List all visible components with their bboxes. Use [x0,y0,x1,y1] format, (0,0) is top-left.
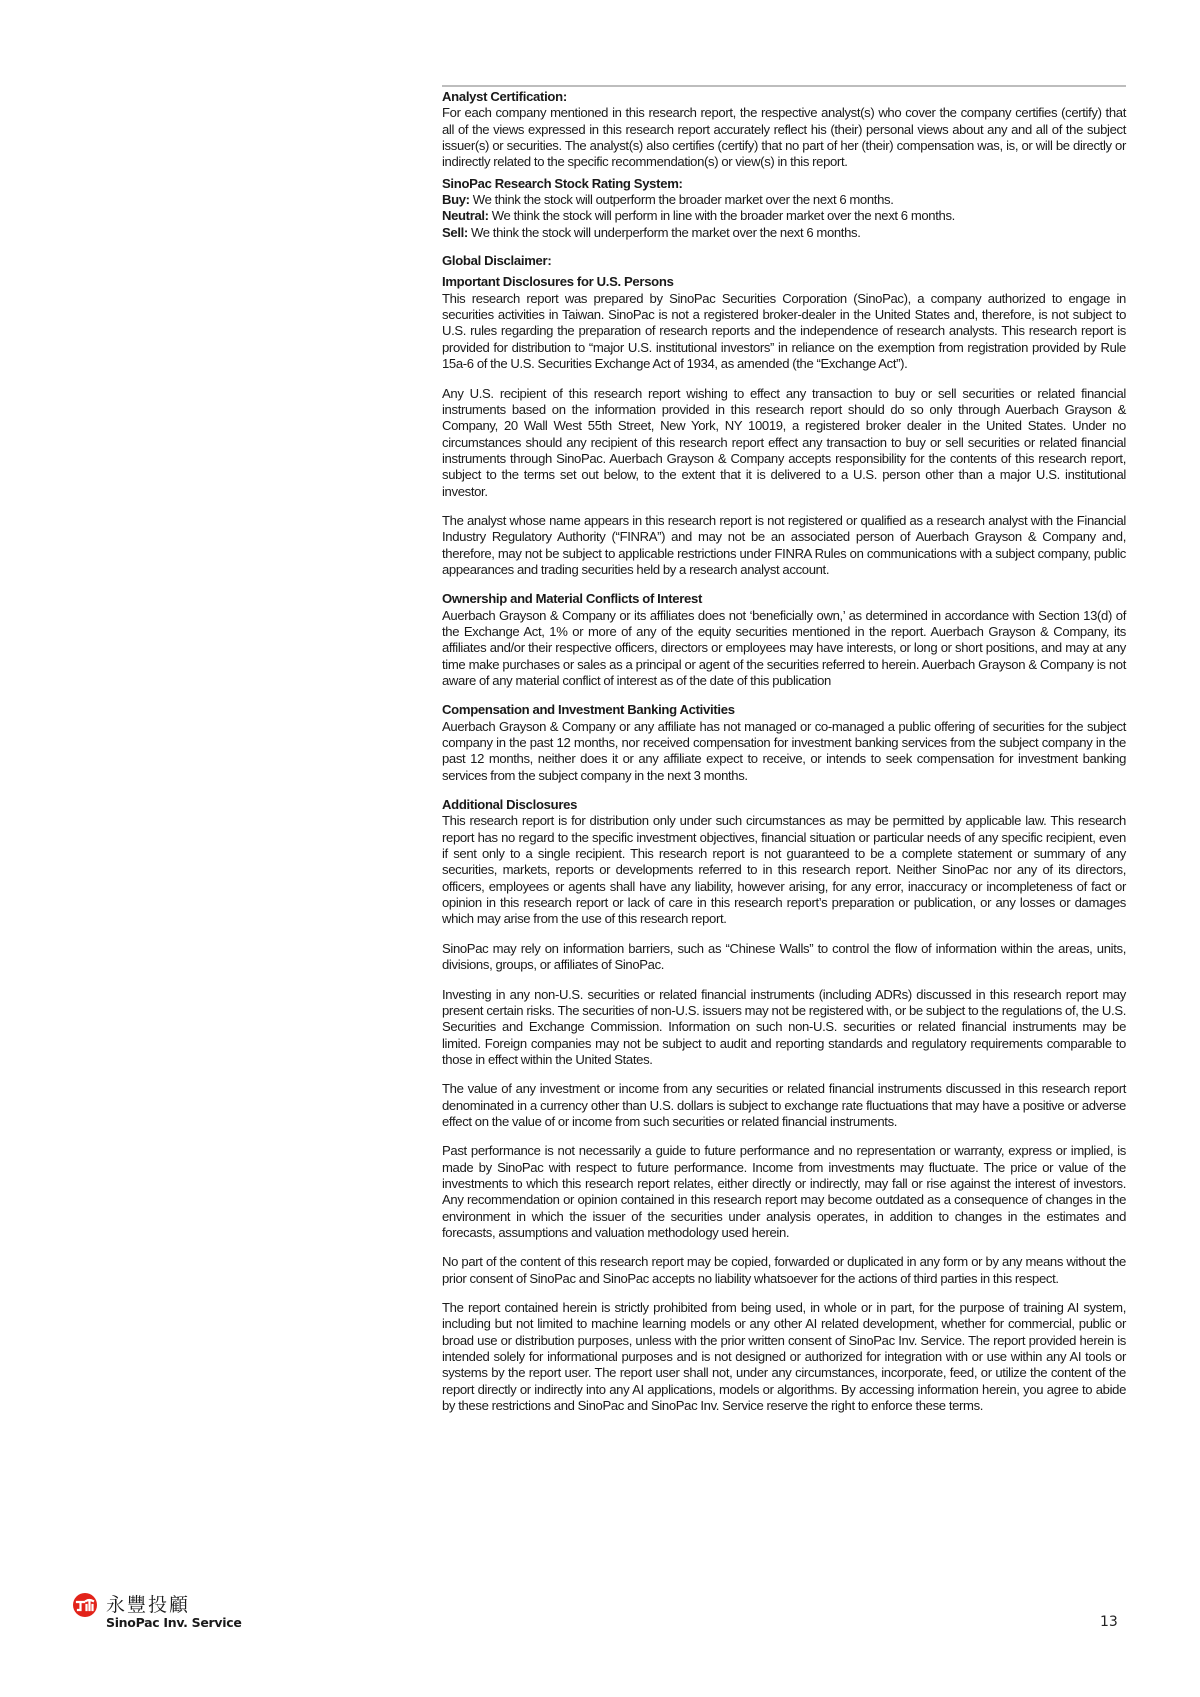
disclosure-content: Analyst Certification: For each company … [442,89,1126,1414]
subsection-heading: Additional Disclosures [442,797,1126,813]
paragraph: Past performance is not necessarily a gu… [442,1143,1126,1241]
additional-disclosures-section: Additional Disclosures This research rep… [442,797,1126,1414]
paragraph: Auerbach Grayson & Company or its affili… [442,608,1126,690]
compensation-section: Compensation and Investment Banking Acti… [442,702,1126,784]
page-number: 13 [1100,1614,1118,1630]
paragraph: SinoPac may rely on information barriers… [442,941,1126,974]
paragraph: Auerbach Grayson & Company or any affili… [442,719,1126,784]
rating-text: We think the stock will perform in line … [489,208,955,223]
rating-text: We think the stock will underperform the… [468,225,861,240]
analyst-certification-section: Analyst Certification: For each company … [442,89,1126,171]
paragraph: For each company mentioned in this resea… [442,105,1126,170]
logo-chinese-name: 永豐投顧 [106,1590,190,1617]
top-divider [442,85,1126,87]
paragraph: This research report is for distribution… [442,813,1126,927]
rating-buy: Buy: We think the stock will outperform … [442,192,1126,208]
section-heading: Analyst Certification: [442,89,1126,105]
document-page: Analyst Certification: For each company … [0,0,1200,1697]
rating-neutral: Neutral: We think the stock will perform… [442,208,1126,224]
section-heading: SinoPac Research Stock Rating System: [442,176,1126,192]
rating-text: We think the stock will outperform the b… [470,192,894,207]
rating-system-section: SinoPac Research Stock Rating System: Bu… [442,176,1126,241]
ownership-section: Ownership and Material Conflicts of Inte… [442,591,1126,689]
rating-label: Buy: [442,192,470,207]
subsection-heading: Compensation and Investment Banking Acti… [442,702,1126,718]
paragraph: The value of any investment or income fr… [442,1081,1126,1130]
paragraph: Any U.S. recipient of this research repo… [442,386,1126,500]
paragraph: No part of the content of this research … [442,1254,1126,1287]
subsection-heading: Ownership and Material Conflicts of Inte… [442,591,1126,607]
logo-english-name: SinoPac Inv. Service [106,1615,242,1630]
sinopac-logo-icon [73,1593,97,1617]
rating-sell: Sell: We think the stock will underperfo… [442,225,1126,241]
global-disclaimer-section: Global Disclaimer: Important Disclosures… [442,253,1126,578]
sinopac-logo: 永豐投顧 SinoPac Inv. Service [73,1592,273,1636]
section-heading: Global Disclaimer: [442,253,1126,269]
subsection-heading: Important Disclosures for U.S. Persons [442,274,1126,290]
paragraph: Investing in any non-U.S. securities or … [442,987,1126,1069]
rating-label: Sell: [442,225,468,240]
rating-label: Neutral: [442,208,489,223]
paragraph: The report contained herein is strictly … [442,1300,1126,1414]
paragraph: This research report was prepared by Sin… [442,291,1126,373]
paragraph: The analyst whose name appears in this r… [442,513,1126,578]
